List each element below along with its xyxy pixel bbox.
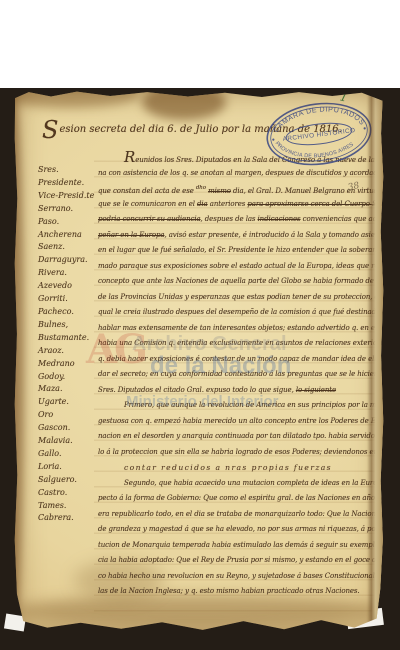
margin-attendee: Gorriti. <box>38 293 94 306</box>
manuscript-line: dar el secreto; en cuya conformidad cont… <box>98 367 384 383</box>
margin-attendee: Serrano. <box>38 203 94 216</box>
manuscript-line: Primero, que aunque la revolucion de Ame… <box>98 398 384 414</box>
manuscript-line: hablar mas extensamente de tan interesan… <box>98 321 384 337</box>
margin-attendee: Paso. <box>38 216 94 229</box>
margin-attendee: Gascon. <box>38 422 94 435</box>
margin-attendee: Malavia. <box>38 435 94 448</box>
margin-attendee: Azevedo <box>38 280 94 293</box>
manuscript-line: qual le creia ilustrado despues del dese… <box>98 305 384 321</box>
manuscript-line: cia la habia adoptado: Que el Rey de Pru… <box>98 553 384 569</box>
stamp-oval-icon: CAMARA DE DIPUTADOS PROVINCIA DE BUENOS … <box>261 96 378 173</box>
manuscript-line: de grandeza y magestad á que se ha eleva… <box>98 522 384 538</box>
margin-attendee: Darraguyra. <box>38 254 94 267</box>
photo-backdrop: Sesion secreta del dia 6. de Julio por l… <box>0 88 400 650</box>
margin-attendee: Bustamante. <box>38 332 94 345</box>
margin-attendee: Rivera. <box>38 267 94 280</box>
manuscript-line: habia una Comision q. entendia exclusiva… <box>98 336 384 352</box>
scanned-manuscript: Sesion secreta del dia 6. de Julio por l… <box>0 0 400 650</box>
manuscript-line: concepto que ante las Naciones de aquell… <box>98 274 384 290</box>
margin-attendee: Ugarte. <box>38 396 94 409</box>
manuscript-line: Segundo, que habia acaecido una mutacion… <box>98 476 384 492</box>
margin-attendee-list: Sres.Presidente.Vice-Presid.teSerrano.Pa… <box>38 164 94 525</box>
manuscript-line: en el lugar que le fué señalado, el Sr. … <box>98 243 384 259</box>
manuscript-line: na con asistencia de los q. se anotan al… <box>98 166 384 182</box>
manuscript-line: que se le comunicaron en el dia anterior… <box>98 197 384 213</box>
margin-attendee: Vice-Presid.te <box>38 190 94 203</box>
manuscript-line: podria concurrir su audiencia, despues d… <box>98 212 384 228</box>
margin-attendee: Godoy. <box>38 371 94 384</box>
manuscript-line: co habia hecho una revolucion en su Reyn… <box>98 569 384 585</box>
manuscript-line: tucion de Monarquia temperada habia esti… <box>98 538 384 554</box>
manuscript-line: gestuosa con q. empezó habia merecido un… <box>98 414 384 430</box>
manuscript-line: Sres. Diputados el citado Gral. expuso t… <box>98 383 384 399</box>
margin-attendee: Salguero. <box>38 474 94 487</box>
margin-attendee: Pacheco. <box>38 306 94 319</box>
margin-attendee: Saenz. <box>38 241 94 254</box>
archive-stamp: CAMARA DE DIPUTADOS PROVINCIA DE BUENOS … <box>261 96 378 173</box>
manuscript-line: q. debia hacer exposiciones é contestar … <box>98 352 384 368</box>
margin-attendee: Loria. <box>38 461 94 474</box>
margin-attendee: Oro <box>38 409 94 422</box>
manuscript-line: de las Provincias Unidas y esperanzas qu… <box>98 290 384 306</box>
margin-attendee: Maza. <box>38 383 94 396</box>
manuscript-line: contar reducidos a nras propias fuerzas <box>98 460 384 476</box>
margin-attendee: Ancherena <box>38 229 94 242</box>
margin-attendee: Gallo. <box>38 448 94 461</box>
margin-attendee: Bulnes, <box>38 319 94 332</box>
margin-attendee: Medrano <box>38 358 94 371</box>
manuscript-line: peñar en la Europa, avisó estar presente… <box>98 228 384 244</box>
paper-stain <box>14 90 140 108</box>
manuscript-line: pecto á la forma de Gobierno: Que como e… <box>98 491 384 507</box>
page-fore-edge <box>371 90 384 632</box>
manuscript-line: lo á la proteccion que sin ella se habri… <box>98 445 384 461</box>
stamp-center-text: ARCHIVO HISTORICO <box>282 127 355 143</box>
manuscript-body: Reunidos los Sres. Diputados en la Sala … <box>98 150 384 600</box>
manuscript-line: que constan del acta de ese dho mismo di… <box>98 181 384 197</box>
margin-attendee: Castro. <box>38 487 94 500</box>
manuscript-line: nacion en el desorden y anarquia continu… <box>98 429 384 445</box>
manuscript-line: era republicarlo todo, en el dia se trat… <box>98 507 384 523</box>
paper-stain <box>14 90 24 632</box>
margin-attendee: Sres. <box>38 164 94 177</box>
margin-attendee: Araoz. <box>38 345 94 358</box>
manuscript-line: mado paraque sus exposiciones sobre el e… <box>98 259 384 275</box>
margin-attendee: Presidente. <box>38 177 94 190</box>
manuscript-page: Sesion secreta del dia 6. de Julio por l… <box>14 90 384 632</box>
title-initial: S <box>42 116 58 144</box>
margin-attendee: Cabrera. <box>38 512 94 525</box>
margin-attendee: Tames. <box>38 500 94 513</box>
manuscript-line: las de la Nacion Inglesa; y q. esto mism… <box>98 584 384 600</box>
